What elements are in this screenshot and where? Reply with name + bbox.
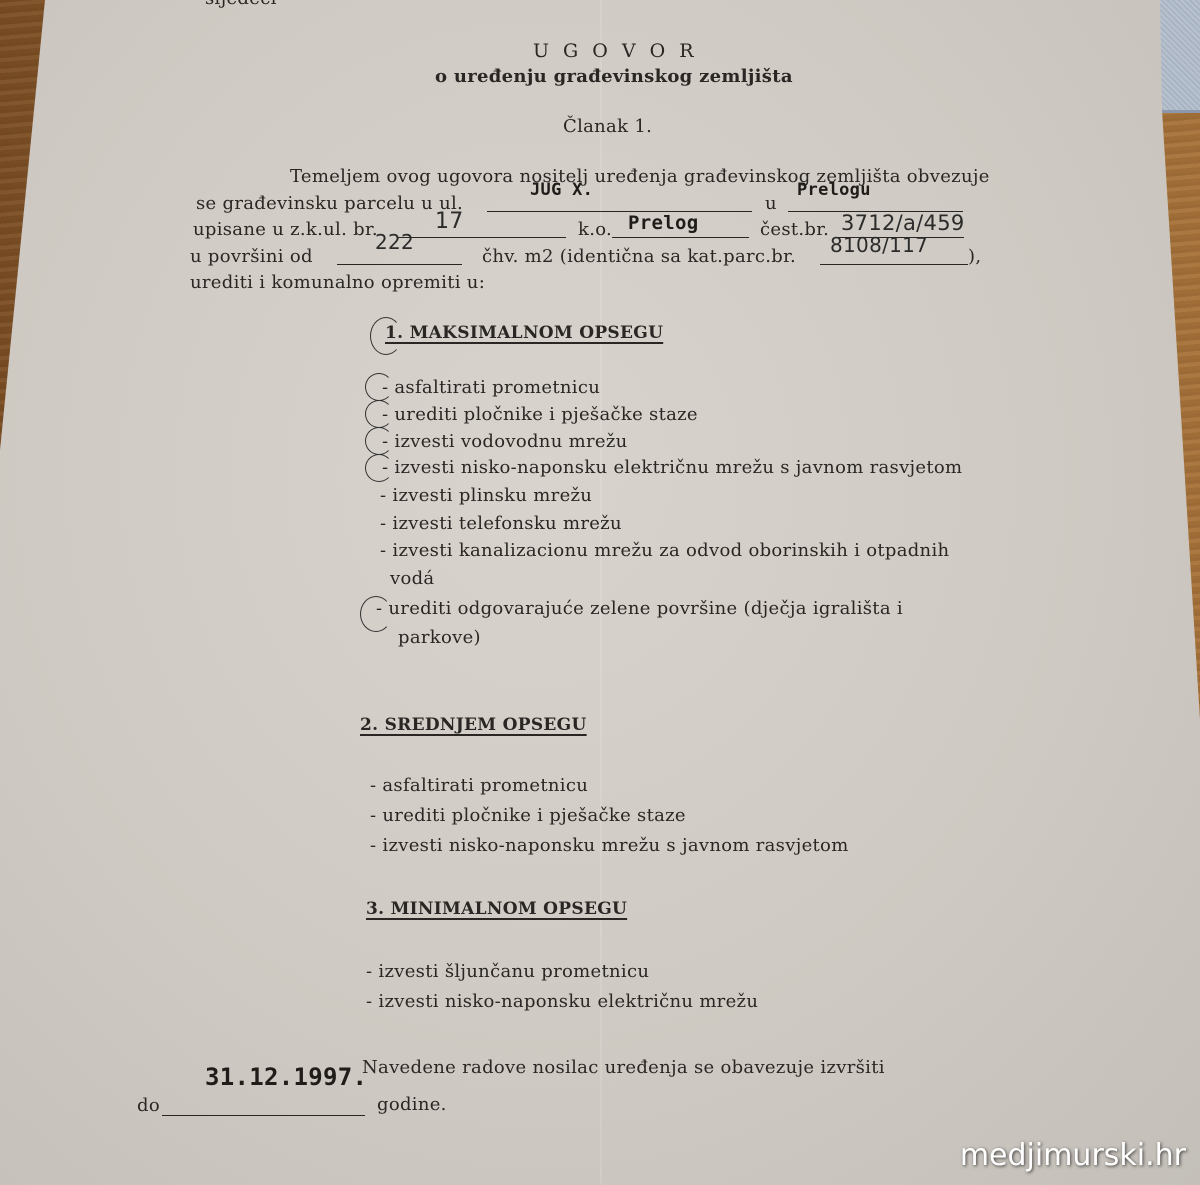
document-subtitle: o uređenju građevinskog zemljišta <box>435 66 793 87</box>
section-2-item: - asfaltirati prometnicu <box>370 775 588 796</box>
section-1-item: - izvesti telefonsku mrežu <box>380 513 622 534</box>
deadline-date: 31.12.1997. <box>205 1063 367 1091</box>
intro-line-1: Temeljem ovog ugovora nositelj uređenja … <box>290 166 990 187</box>
section-1-item: - izvesti vodovodnu mrežu <box>382 431 628 452</box>
place-value: Prelogu <box>797 180 871 200</box>
street-field <box>487 211 752 212</box>
ko-value: Prelog <box>628 212 698 234</box>
section-1-item: - urediti pločnike i pješačke staze <box>382 404 698 425</box>
article-heading: Članak 1. <box>563 116 652 137</box>
intro-u-label: u <box>765 193 777 214</box>
intro-line-2-label: se građevinsku parcelu u ul. <box>196 193 463 214</box>
section-1-item: - izvesti kanalizacionu mrežu za odvod o… <box>380 540 949 561</box>
section-1-item: - urediti odgovarajuće zelene površine (… <box>376 598 903 619</box>
section-2-heading: 2. SREDNJEM OPSEGU <box>360 715 587 735</box>
intro-line-5: urediti i komunalno opremiti u: <box>190 272 485 293</box>
zkul-value: 17 <box>435 209 464 234</box>
closing-line-1: Navedene radove nosilac uređenja se obav… <box>362 1057 885 1078</box>
area-value: 222 <box>375 230 414 254</box>
top-text-fragment: sljedeći <box>205 0 277 9</box>
section-2-item: - urediti pločnike i pješačke staze <box>370 805 686 826</box>
street-value: JUG X. <box>530 180 593 200</box>
contract-document: sljedeći U G O V O R o uređenju građevin… <box>0 0 1200 1185</box>
deadline-field <box>162 1115 365 1116</box>
section-1-item: - asfaltirati prometnicu <box>382 377 600 398</box>
section-1-item: - izvesti plinsku mrežu <box>380 485 592 506</box>
section-1-heading: 1. MAKSIMALNOM OPSEGU <box>385 323 663 343</box>
cest-value: 3712/a/459 <box>841 211 965 235</box>
area-field <box>337 264 462 265</box>
closing-godine: godine. <box>377 1094 447 1115</box>
section-3-heading: 3. MINIMALNOM OPSEGU <box>366 899 627 919</box>
section-3-item: - izvesti nisko-naponsku električnu mrež… <box>366 991 758 1012</box>
source-watermark: medjimurski.hr <box>960 1138 1186 1173</box>
ko-label: k.o. <box>578 219 612 240</box>
kat-parc-field <box>820 264 968 265</box>
section-1-item: - izvesti nisko-naponsku električnu mrež… <box>382 457 962 478</box>
intro-line-4-label: u površini od <box>190 246 313 267</box>
section-2-item: - izvesti nisko-naponsku mrežu s javnom … <box>370 835 849 856</box>
section-3-item: - izvesti šljunčanu prometnicu <box>366 961 649 982</box>
zkul-field <box>398 237 566 238</box>
intro-line-4-end: ), <box>968 246 981 267</box>
kat-parc-value: 8108/117 <box>830 233 928 257</box>
section-1-item-continuation: vodá <box>390 568 434 589</box>
cest-label: čest.br. <box>760 219 829 240</box>
document-title: U G O V O R <box>533 40 698 62</box>
ko-field <box>612 237 749 238</box>
closing-do-label: do <box>137 1095 160 1116</box>
intro-line-4-mid: čhv. m2 (identična sa kat.parc.br. <box>482 246 796 267</box>
section-1-item-continuation: parkove) <box>398 627 481 648</box>
intro-line-3-label: upisane u z.k.ul. br. <box>193 219 378 240</box>
